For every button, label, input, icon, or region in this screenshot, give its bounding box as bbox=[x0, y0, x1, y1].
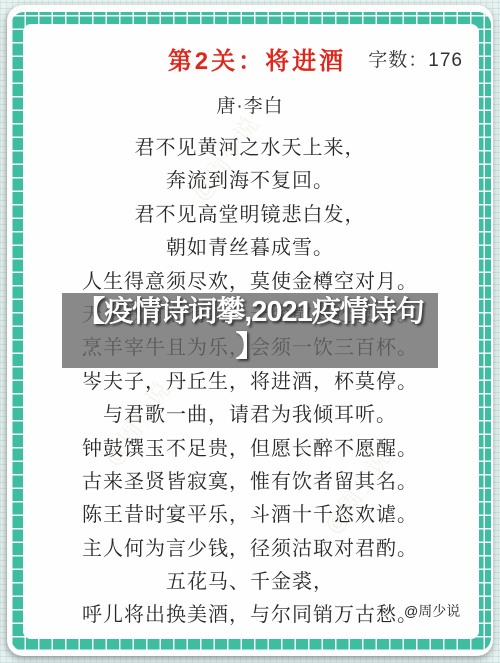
poem-line: 主人何为言少钱，径须沽取对君酌。 bbox=[19, 533, 481, 566]
poem-line: 钟鼓馔玉不足贵，但愿长醉不愿醒。 bbox=[19, 433, 481, 466]
poster-page: @周少说 @周少说 @周少说 第2关：将进酒 字数：176 唐·李白 君不见黄河… bbox=[0, 0, 500, 663]
word-count-value: 176 bbox=[428, 50, 463, 71]
poem-line: 五花马、千金裘， bbox=[19, 566, 481, 599]
poet-name: 唐·李白 bbox=[7, 91, 493, 118]
poem-line: 君不见高堂明镜悲白发， bbox=[19, 199, 481, 232]
level-title: 第2关：将进酒 bbox=[168, 48, 346, 75]
word-count: 字数：176 bbox=[368, 45, 463, 72]
poem-line: 朝如青丝暮成雪。 bbox=[19, 232, 481, 265]
poem-line: 陈王昔时宴平乐，斗酒十千恣欢谑。 bbox=[19, 499, 481, 532]
poem-lines: 君不见黄河之水天上来，奔流到海不复回。君不见高堂明镜悲白发，朝如青丝暮成雪。人生… bbox=[19, 132, 481, 633]
poem-line: 奔流到海不复回。 bbox=[19, 165, 481, 198]
poem-line: 岑夫子，丹丘生，将进酒，杯莫停。 bbox=[19, 366, 481, 399]
header: 第2关：将进酒 字数：176 bbox=[7, 41, 493, 73]
caption-text-line2: 】 bbox=[62, 330, 438, 364]
caption-overlay: 【疫情诗词攀,2021疫情诗句 】 bbox=[62, 293, 438, 368]
poem-line: 与君歌一曲，请君为我倾耳听。 bbox=[19, 399, 481, 432]
poem-line: 君不见黄河之水天上来， bbox=[19, 132, 481, 165]
poem-line: 古来圣贤皆寂寞，惟有饮者留其名。 bbox=[19, 466, 481, 499]
caption-text-line1: 【疫情诗词攀,2021疫情诗句 bbox=[62, 295, 438, 330]
word-count-label: 字数： bbox=[368, 50, 428, 71]
author-credit: @周少说 bbox=[404, 601, 460, 621]
